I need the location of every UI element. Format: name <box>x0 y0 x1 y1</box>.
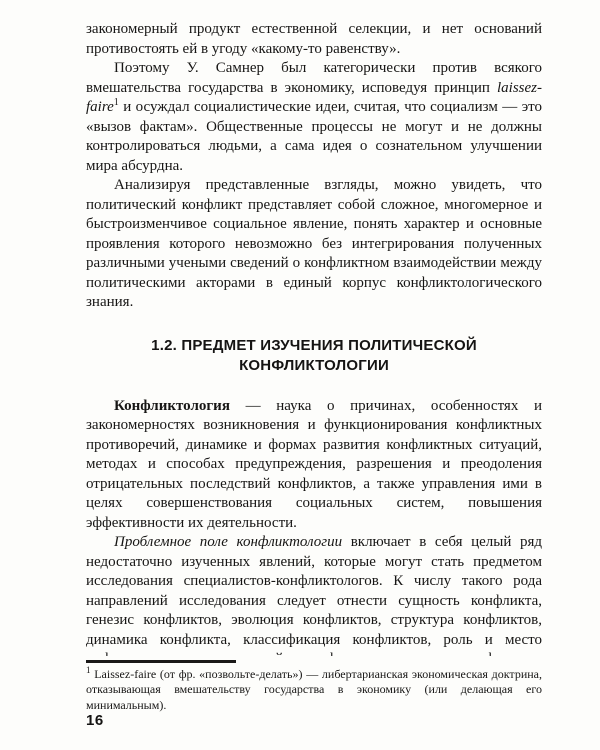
section-heading-line2: КОНФЛИКТОЛОГИИ <box>239 357 389 374</box>
footnote-text: 1 Laissez-faire (от фр. «позвольте-делат… <box>86 667 542 714</box>
text-run: Проблемное поле конфликтологии <box>114 534 342 550</box>
page-content: закономерный продукт естественной селекц… <box>86 20 542 656</box>
paragraph: Конфликтология — наука о причинах, особе… <box>86 397 542 534</box>
footnote-runs: Laissez-faire (от фр. «позвольте-делать»… <box>86 667 542 712</box>
section-heading-line1: 1.2. ПРЕДМЕТ ИЗУЧЕНИЯ ПОЛИТИЧЕСКОЙ <box>151 337 477 354</box>
text-run: Laissez-faire (от фр. «позвольте-делать»… <box>86 667 542 712</box>
paragraph: Поэтому У. Самнер был категорически прот… <box>86 59 542 176</box>
section-paragraphs: Конфликтология — наука о причинах, особе… <box>86 397 542 657</box>
text-run: Поэтому У. Самнер был категорически прот… <box>86 60 542 96</box>
text-run: Конфликтология <box>114 398 230 414</box>
footnote-separator <box>86 660 236 663</box>
text-run: закономерный продукт естественной селекц… <box>86 21 542 57</box>
text-run: — наука о причинах, особенностях и закон… <box>86 398 542 531</box>
footnote: 1 Laissez-faire (от фр. «позвольте-делат… <box>86 660 542 713</box>
paragraph: Проблемное поле конфликтологии включает … <box>86 533 542 656</box>
text-run: Анализируя представленные взгляды, можно… <box>86 177 542 310</box>
text-run: включает в себя целый ряд недостаточно и… <box>86 534 542 656</box>
page-number: 16 <box>86 712 104 729</box>
intro-paragraphs: закономерный продукт естественной селекц… <box>86 20 542 313</box>
text-run: и осуждал социалистические идеи, считая,… <box>86 99 542 174</box>
section-heading: 1.2. ПРЕДМЕТ ИЗУЧЕНИЯ ПОЛИТИЧЕСКОЙ КОНФЛ… <box>86 336 542 376</box>
book-page: закономерный продукт естественной селекц… <box>0 0 600 750</box>
paragraph: закономерный продукт естественной селекц… <box>86 20 542 59</box>
paragraph: Анализируя представленные взгляды, можно… <box>86 176 542 313</box>
